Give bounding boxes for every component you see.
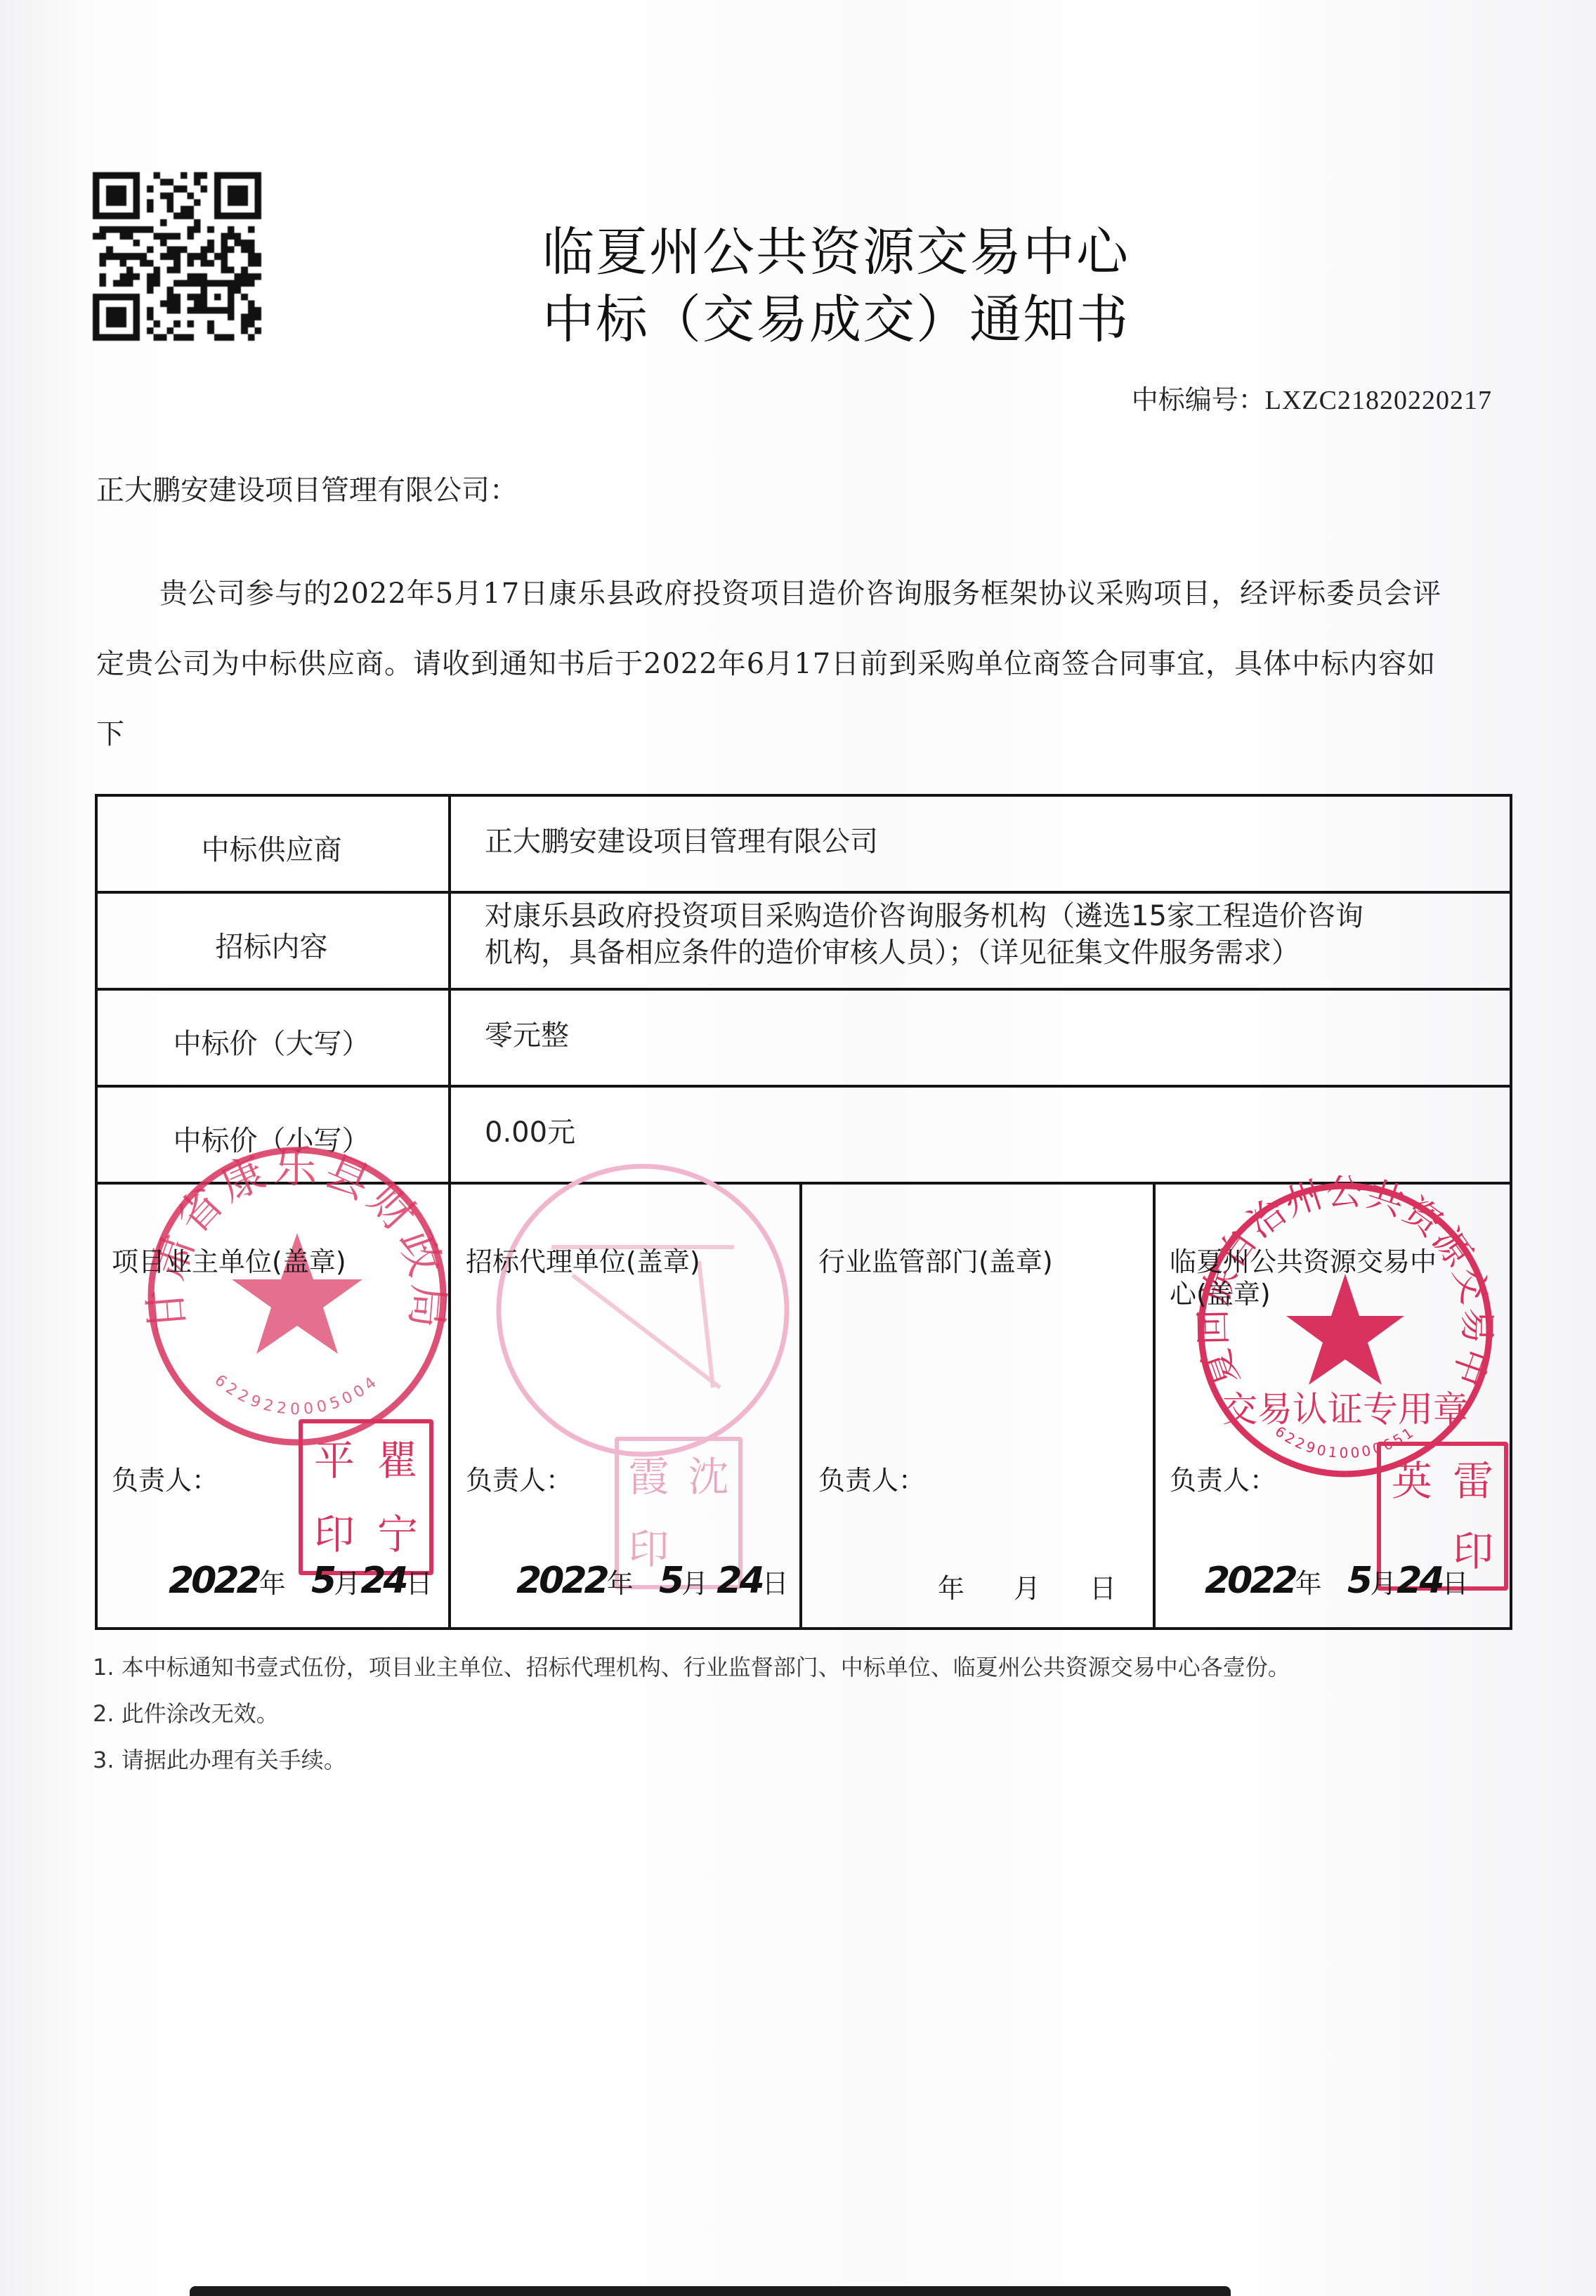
date-day: 24 bbox=[360, 1560, 405, 1602]
sig-owner-label: 项目业主单位(盖章) bbox=[112, 1246, 346, 1279]
footnote-item: 2. 此件涂改无效。 bbox=[93, 1696, 279, 1728]
table-col-divider bbox=[1153, 1182, 1156, 1630]
footnote-item: 1. 本中标通知书壹式伍份，项目业主单位、招标代理机构、行业监督部门、中标单位、… bbox=[93, 1650, 1290, 1682]
date-year: 2022 bbox=[169, 1560, 259, 1602]
paragraph-line: 下 bbox=[96, 712, 125, 752]
table-border bbox=[95, 794, 98, 1630]
date-year: 2022 bbox=[516, 1560, 607, 1602]
agency-responsible-label: 负责人： bbox=[466, 1465, 573, 1497]
label-winning-supplier: 中标供应商 bbox=[95, 828, 448, 868]
supervisor-responsible-label: 负责人： bbox=[818, 1465, 925, 1497]
label-bid-content: 招标内容 bbox=[95, 925, 448, 965]
seal-char: 雷 bbox=[1453, 1461, 1493, 1501]
table-row-divider bbox=[95, 891, 1512, 894]
qr-code bbox=[93, 170, 261, 343]
center-responsible-label: 负责人： bbox=[1170, 1465, 1276, 1497]
owner-responsible-label: 负责人： bbox=[112, 1465, 218, 1497]
svg-text:甘肃省康乐县财政局: 甘肃省康乐县财政局 bbox=[143, 1142, 452, 1334]
table-col-divider bbox=[448, 794, 451, 1630]
svg-text:6229220005004: 6229220005004 bbox=[211, 1371, 384, 1418]
year-label: 年 bbox=[938, 1573, 964, 1604]
date-day: 24 bbox=[717, 1560, 761, 1602]
trading-center-seal: 临夏回族自治州公共资源交易中心 交易认证专用章 6229010000651 bbox=[1191, 1175, 1500, 1485]
owner-sign-date: 2022年 5月24日 bbox=[169, 1560, 433, 1602]
serial-value: LXZC21820220217 bbox=[1265, 386, 1492, 415]
table-col-divider bbox=[799, 1182, 802, 1630]
bid-content-line: 对康乐县政府投资项目采购造价咨询服务机构（遴选15家工程造价咨询 bbox=[485, 898, 1482, 934]
month-label: 月 bbox=[681, 1568, 708, 1599]
table-row-divider bbox=[95, 988, 1512, 991]
seal-char: 霞 bbox=[628, 1456, 669, 1497]
seal-char: 英 bbox=[1392, 1461, 1432, 1501]
table-border bbox=[95, 794, 1512, 797]
award-table: 中标供应商 正大鹏安建设项目管理有限公司 招标内容 对康乐县政府投资项目采购造价… bbox=[95, 787, 1512, 1630]
day-label: 日 bbox=[1090, 1573, 1116, 1604]
date-month: 5 bbox=[659, 1560, 681, 1602]
seal-char: 平 bbox=[314, 1440, 355, 1481]
sig-center-label-line: 心(盖章) bbox=[1170, 1279, 1437, 1311]
year-label: 年 bbox=[1295, 1568, 1322, 1599]
day-label: 日 bbox=[1442, 1568, 1469, 1599]
sig-center-label-line: 临夏州公共资源交易中 bbox=[1170, 1246, 1437, 1279]
table-border bbox=[95, 1627, 1512, 1630]
owner-official-seal: 甘肃省康乐县财政局 6229220005004 bbox=[143, 1142, 452, 1451]
seal-char: 沈 bbox=[688, 1456, 728, 1497]
date-month: 5 bbox=[1347, 1560, 1370, 1602]
paragraph-line: 定贵公司为中标供应商。请收到通知书后于2022年6月17日前到采购单位商签合同事… bbox=[96, 641, 1436, 681]
serial-number: 中标编号：LXZC21820220217 bbox=[1132, 378, 1492, 417]
recipient: 正大鹏安建设项目管理有限公司： bbox=[96, 476, 518, 504]
table-row-divider bbox=[95, 1182, 1512, 1185]
month-label: 月 bbox=[1014, 1573, 1040, 1604]
supervisor-sign-date: 年月日 bbox=[938, 1567, 1116, 1605]
table-border bbox=[1510, 794, 1512, 1630]
date-day: 24 bbox=[1396, 1560, 1441, 1602]
sig-agency-label: 招标代理单位(盖章) bbox=[466, 1246, 700, 1279]
table-row-divider bbox=[95, 1085, 1512, 1088]
label-price-words: 中标价（大写） bbox=[95, 1022, 448, 1062]
center-sign-date: 2022年 5月24日 bbox=[1205, 1560, 1469, 1602]
sig-supervisor-label: 行业监管部门(盖章) bbox=[818, 1246, 1053, 1279]
serial-label: 中标编号： bbox=[1132, 384, 1265, 415]
owner-personal-seal: 平 瞿 印 宁 bbox=[299, 1419, 433, 1575]
value-price-figures: 0.00元 bbox=[485, 1114, 1482, 1151]
label-price-figures: 中标价（小写） bbox=[95, 1118, 448, 1159]
issuer-title: 临夏州公共资源交易中心 bbox=[492, 226, 1180, 278]
seal-char: 印 bbox=[314, 1514, 355, 1555]
bid-content-line: 机构，具备相应条件的造价审核人员）；（详见征集文件服务需求） bbox=[485, 934, 1482, 971]
document-title: 中标（交易成交）通知书 bbox=[492, 294, 1180, 346]
date-year: 2022 bbox=[1205, 1560, 1295, 1602]
value-price-words: 零元整 bbox=[485, 1017, 1482, 1054]
value-bid-content: 对康乐县政府投资项目采购造价咨询服务机构（遴选15家工程造价咨询 机构，具备相应… bbox=[485, 898, 1482, 971]
month-label: 月 bbox=[1370, 1568, 1396, 1599]
svg-text:交易认证专用章: 交易认证专用章 bbox=[1222, 1389, 1468, 1430]
footnote-item: 3. 请据此办理有关手续。 bbox=[93, 1742, 346, 1775]
day-label: 日 bbox=[762, 1568, 789, 1599]
month-label: 月 bbox=[334, 1568, 360, 1599]
year-label: 年 bbox=[607, 1568, 634, 1599]
sig-center-label: 临夏州公共资源交易中 心(盖章) bbox=[1170, 1246, 1437, 1310]
agency-official-seal bbox=[488, 1156, 797, 1465]
seal-char: 瞿 bbox=[377, 1440, 418, 1481]
day-label: 日 bbox=[406, 1568, 433, 1599]
seal-char: 宁 bbox=[377, 1514, 418, 1555]
paper-edge-shadow bbox=[190, 2286, 1231, 2296]
date-month: 5 bbox=[311, 1560, 334, 1602]
value-winning-supplier: 正大鹏安建设项目管理有限公司 bbox=[485, 823, 1482, 860]
year-label: 年 bbox=[259, 1568, 286, 1599]
paragraph-line: 贵公司参与的2022年5月17日康乐县政府投资项目造价咨询服务框架协议采购项目，… bbox=[159, 571, 1441, 611]
agency-sign-date: 2022年 5月 24日 bbox=[516, 1560, 789, 1602]
